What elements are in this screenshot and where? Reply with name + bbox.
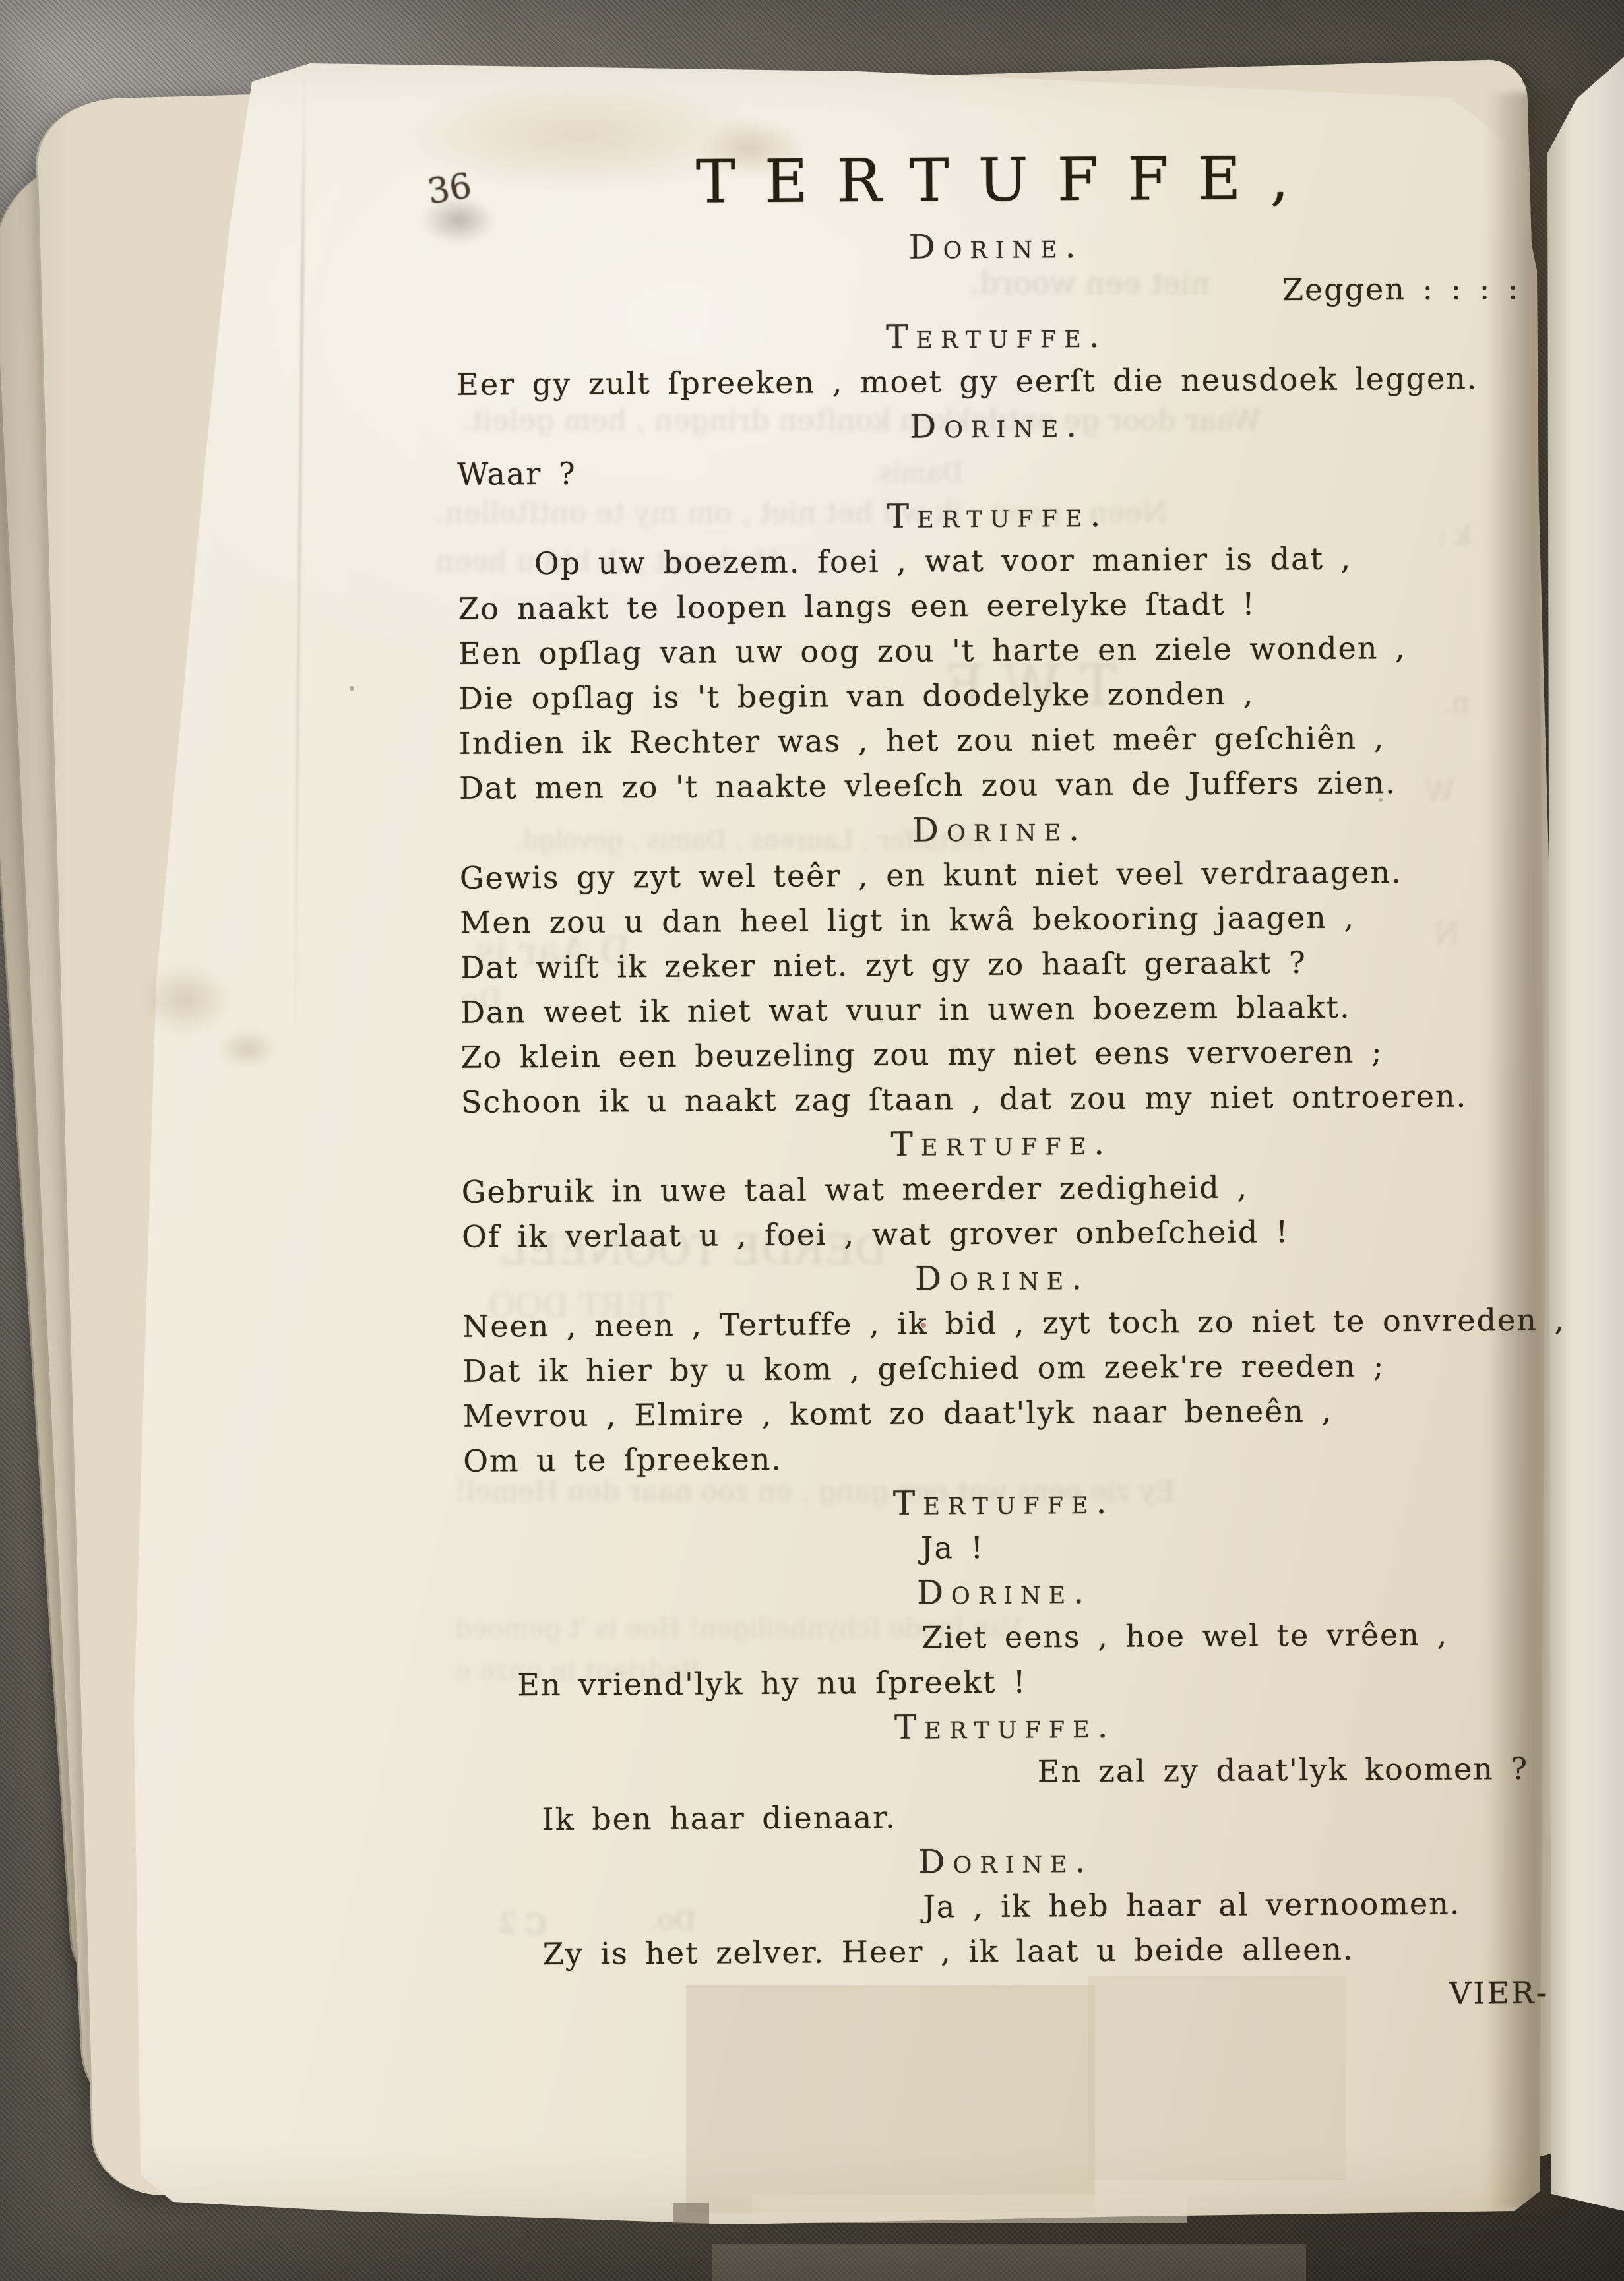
dialogue-line: Op uw boezem. foei , wat voor manier is … [458,535,1501,586]
dialogue-line: En zal zy daat'lyk koomen ? [465,1746,1528,1797]
speaker-heading: Tertuffe. [463,1477,1507,1528]
dialogue-line: Waar ? [457,445,1501,497]
retouch-patch [712,2244,1306,2281]
speaker-heading: Tertuffe. [457,490,1501,542]
speaker-heading: Tertuffe. [461,1118,1505,1170]
dialogue-line: Dan weet ik niet wat vuur in uwen boezem… [460,984,1504,1035]
speaker-heading: Dorine. [459,804,1503,856]
speaker-heading: Dorine. [462,1253,1505,1304]
dialogue-line: Dat men zo 't naakte vleeſch zou van de … [459,759,1503,811]
dialogue-line: Schoon ik u naakt zag ſtaan , dat zou my… [461,1073,1505,1125]
dialogue-line: Neen , neen , Tertuffe , ik bid , zyt to… [462,1297,1506,1349]
speaker-heading: Dorine. [466,1836,1509,1887]
dialogue-line: Zo klein een beuzeling zou my niet eens … [460,1028,1504,1080]
text-block: 36 TERTUFFE, Dorine.Zeggen : : : :Tertuf… [455,134,1510,2022]
dialogue-line: Dat wiſt ik zeker niet. zyt gy zo haaſt … [460,939,1503,990]
retouch-patch [752,2195,1187,2223]
gutter-shadow [1487,92,1573,2210]
retouch-patch [673,2203,709,2224]
dialogue-line: Ja , ik heb haar al vernoomen. [466,1881,1509,1932]
dialogue-line: Indien ik Rechter was , het zou niet meê… [458,714,1502,766]
dialogue-line: Een opſlag van uw oog zou 't harte en zi… [458,625,1502,676]
dialogue-line: Die opſlag is 't begin van doodelyke zon… [458,670,1502,721]
dialogue-line: Zy is het zelver. Heer , ik laat u beide… [466,1925,1510,1977]
speaker-heading: Dorine. [456,221,1499,272]
speaker-heading: Dorine. [456,400,1500,452]
speaker-heading: Tertuffe. [465,1701,1509,1753]
dialogue-line: En vriend'lyk hy nu ſpreekt ! [464,1656,1508,1708]
dialogue-line: Om u te ſpreeken. [463,1432,1507,1484]
dialogue-line: Zeggen : : : : [456,266,1519,317]
running-title: TERTUFFE, [455,134,1499,228]
dialogue-line: Ja ! [464,1522,1507,1573]
dialogue-line: Ziet eens , hoe wel te vrêen , [464,1611,1508,1663]
dialogue-line: Zo naakt te loopen langs een eerelyke ſt… [458,580,1501,631]
dialogue-line: Men zou u dan heel ligt in kwâ bekooring… [460,894,1503,945]
speaker-heading: Tertuffe. [456,311,1500,362]
dialogue-line: Eer gy zult ſpreeken , moet gy eerſt die… [456,356,1500,407]
dialogue-line: Gewis gy zyt wel teêr , en kunt niet vee… [460,849,1503,900]
dialogue: Dorine.Zeggen : : : :Tertuffe.Eer gy zul… [456,221,1511,2022]
dialogue-line: Of ik verlaat u , foei , wat grover onbe… [462,1208,1505,1259]
dialogue-line: Mevrou , Elmire , komt zo daat'lyk naar … [463,1387,1507,1439]
dialogue-line: Dat ik hier by u kom , geſchied om zeek'… [462,1342,1506,1394]
speaker-heading: Dorine. [464,1567,1507,1618]
retouch-patch [686,1985,1095,2213]
photo-book-page: niet een woord.Waar door ge ontdekken ko… [0,0,1624,2281]
dialogue-line: Gebruik in uwe taal wat meerder zedighei… [462,1163,1505,1214]
page-number: 36 [425,166,474,212]
dialogue-line: Ik ben haar dienaar. [465,1791,1509,1842]
retouch-patch [1088,1976,1346,2180]
